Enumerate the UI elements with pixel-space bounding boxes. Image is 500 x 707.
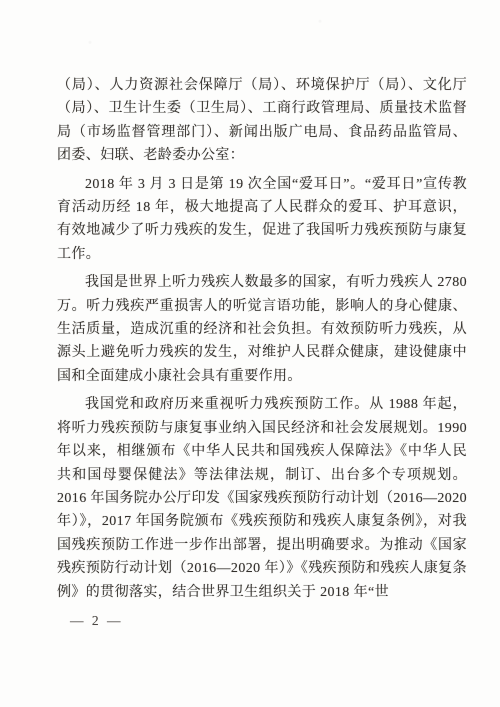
paragraph-ear-care-day: 2018 年 3 月 3 日是第 19 次全国“爱耳日”。“爱耳日”宣传教育活动…	[57, 173, 467, 267]
paragraph-policy-history: 我国党和政府历来重视听力残疾预防工作。从 1988 年起，将听力残疾预防与康复事…	[57, 393, 467, 604]
document-page: （局）、人力资源社会保障厅（局）、环境保护厅（局）、文化厅（局）、卫生计生委（卫…	[0, 0, 500, 707]
paragraph-hearing-disability-stats: 我国是世界上听力残疾人数最多的国家，有听力残疾人 2780 万。听力残疾严重损害…	[57, 271, 467, 388]
page-number: — 2 —	[70, 613, 123, 629]
paragraph-recipients: （局）、人力资源社会保障厅（局）、环境保护厅（局）、文化厅（局）、卫生计生委（卫…	[57, 74, 467, 168]
document-body: （局）、人力资源社会保障厅（局）、环境保护厅（局）、文化厅（局）、卫生计生委（卫…	[57, 74, 467, 609]
